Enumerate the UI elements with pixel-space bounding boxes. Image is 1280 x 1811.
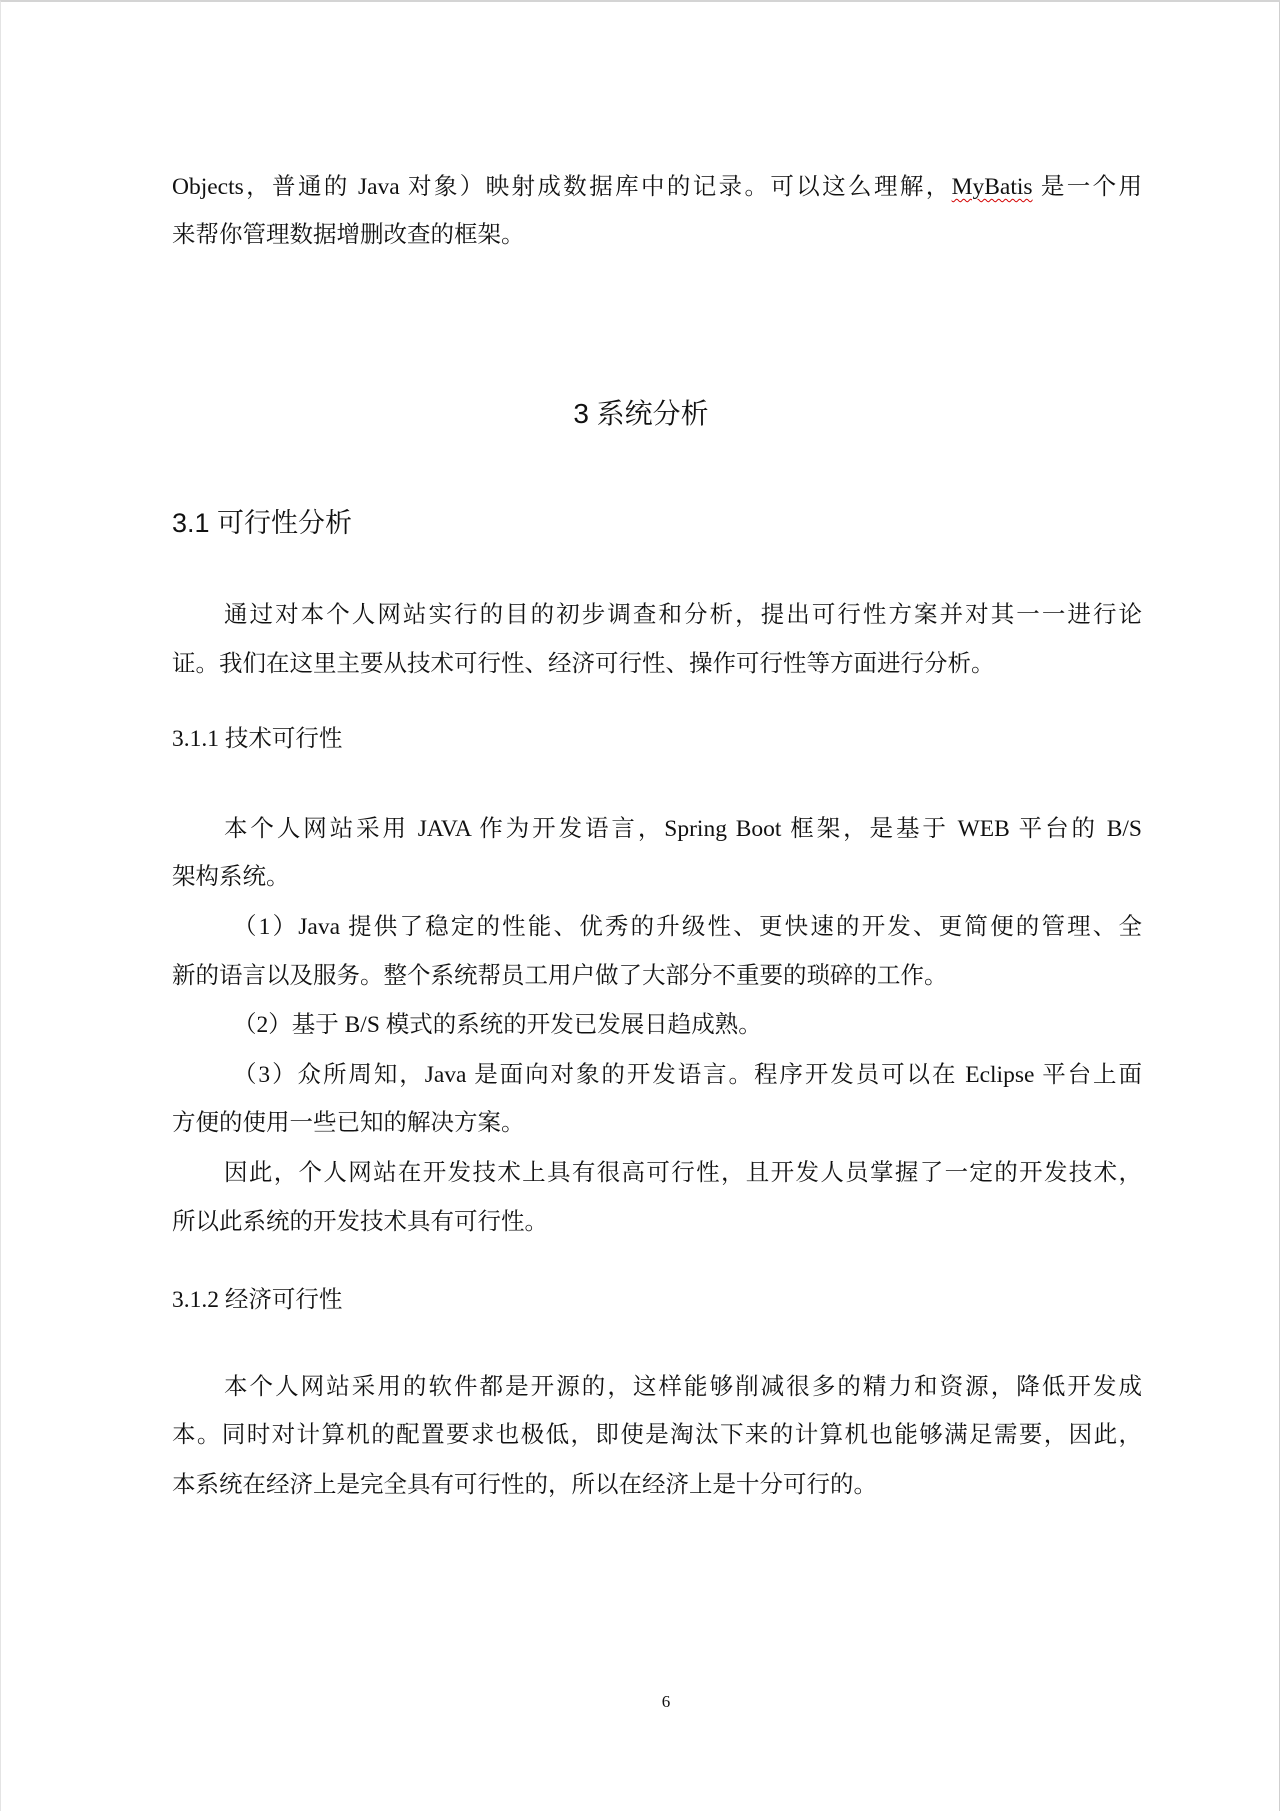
intro-line-1: Objects，普通的 Java 对象）映射成数据库中的记录。可以这么理解，My… [172, 172, 1142, 202]
paragraph-line: （2）基于 B/S 模式的系统的开发已发展日趋成熟。 [233, 1010, 1142, 1040]
paragraph-line: 所以此系统的开发技术具有可行性。 [172, 1207, 1142, 1237]
chapter-title: 3 系统分析 [1, 397, 1280, 431]
document-page: Objects，普通的 Java 对象）映射成数据库中的记录。可以这么理解，My… [0, 0, 1280, 1811]
paragraph-line: 本个人网站采用的软件都是开源的，这样能够削减很多的精力和资源，降低开发成 [224, 1372, 1142, 1402]
paragraph-line: 新的语言以及服务。整个系统帮员工用户做了大部分不重要的琐碎的工作。 [172, 961, 1142, 991]
section-title-3-1: 3.1 可行性分析 [172, 506, 352, 540]
paragraph-line: 架构系统。 [172, 862, 1142, 892]
paragraph-line: 因此，个人网站在开发技术上具有很高可行性，且开发人员掌握了一定的开发技术， [224, 1158, 1142, 1188]
paragraph-line: 本系统在经济上是完全具有可行性的，所以在经济上是十分可行的。 [172, 1470, 1142, 1500]
paragraph-line: 方便的使用一些已知的解决方案。 [172, 1108, 1142, 1138]
page-number: 6 [1, 1692, 1280, 1712]
paragraph-line: 本。同时对计算机的配置要求也极低，即使是淘汰下来的计算机也能够满足需要，因此， [172, 1420, 1142, 1450]
paragraph-line: 通过对本个人网站实行的目的初步调查和分析，提出可行性方案并对其一一进行论 [224, 600, 1142, 630]
section-title-3-1-2: 3.1.2 经济可行性 [172, 1285, 342, 1315]
intro-text: Objects，普通的 Java 对象）映射成数据库中的记录。可以这么理解， [172, 174, 952, 200]
paragraph-line: （1）Java 提供了稳定的性能、优秀的升级性、更快速的开发、更简便的管理、全 [233, 912, 1142, 942]
paragraph-line: （3）众所周知，Java 是面向对象的开发语言。程序开发员可以在 Eclipse… [233, 1060, 1142, 1090]
paragraph-line: 本个人网站采用 JAVA 作为开发语言，Spring Boot 框架，是基于 W… [224, 814, 1142, 844]
section-title-3-1-1: 3.1.1 技术可行性 [172, 724, 342, 754]
intro-line-2: 来帮你管理数据增删改查的框架。 [172, 220, 1142, 250]
paragraph-line: 证。我们在这里主要从技术可行性、经济可行性、操作可行性等方面进行分析。 [172, 649, 1142, 679]
spellcheck-word[interactable]: MyBatis [952, 174, 1033, 200]
intro-text: 是一个用 [1033, 174, 1142, 200]
